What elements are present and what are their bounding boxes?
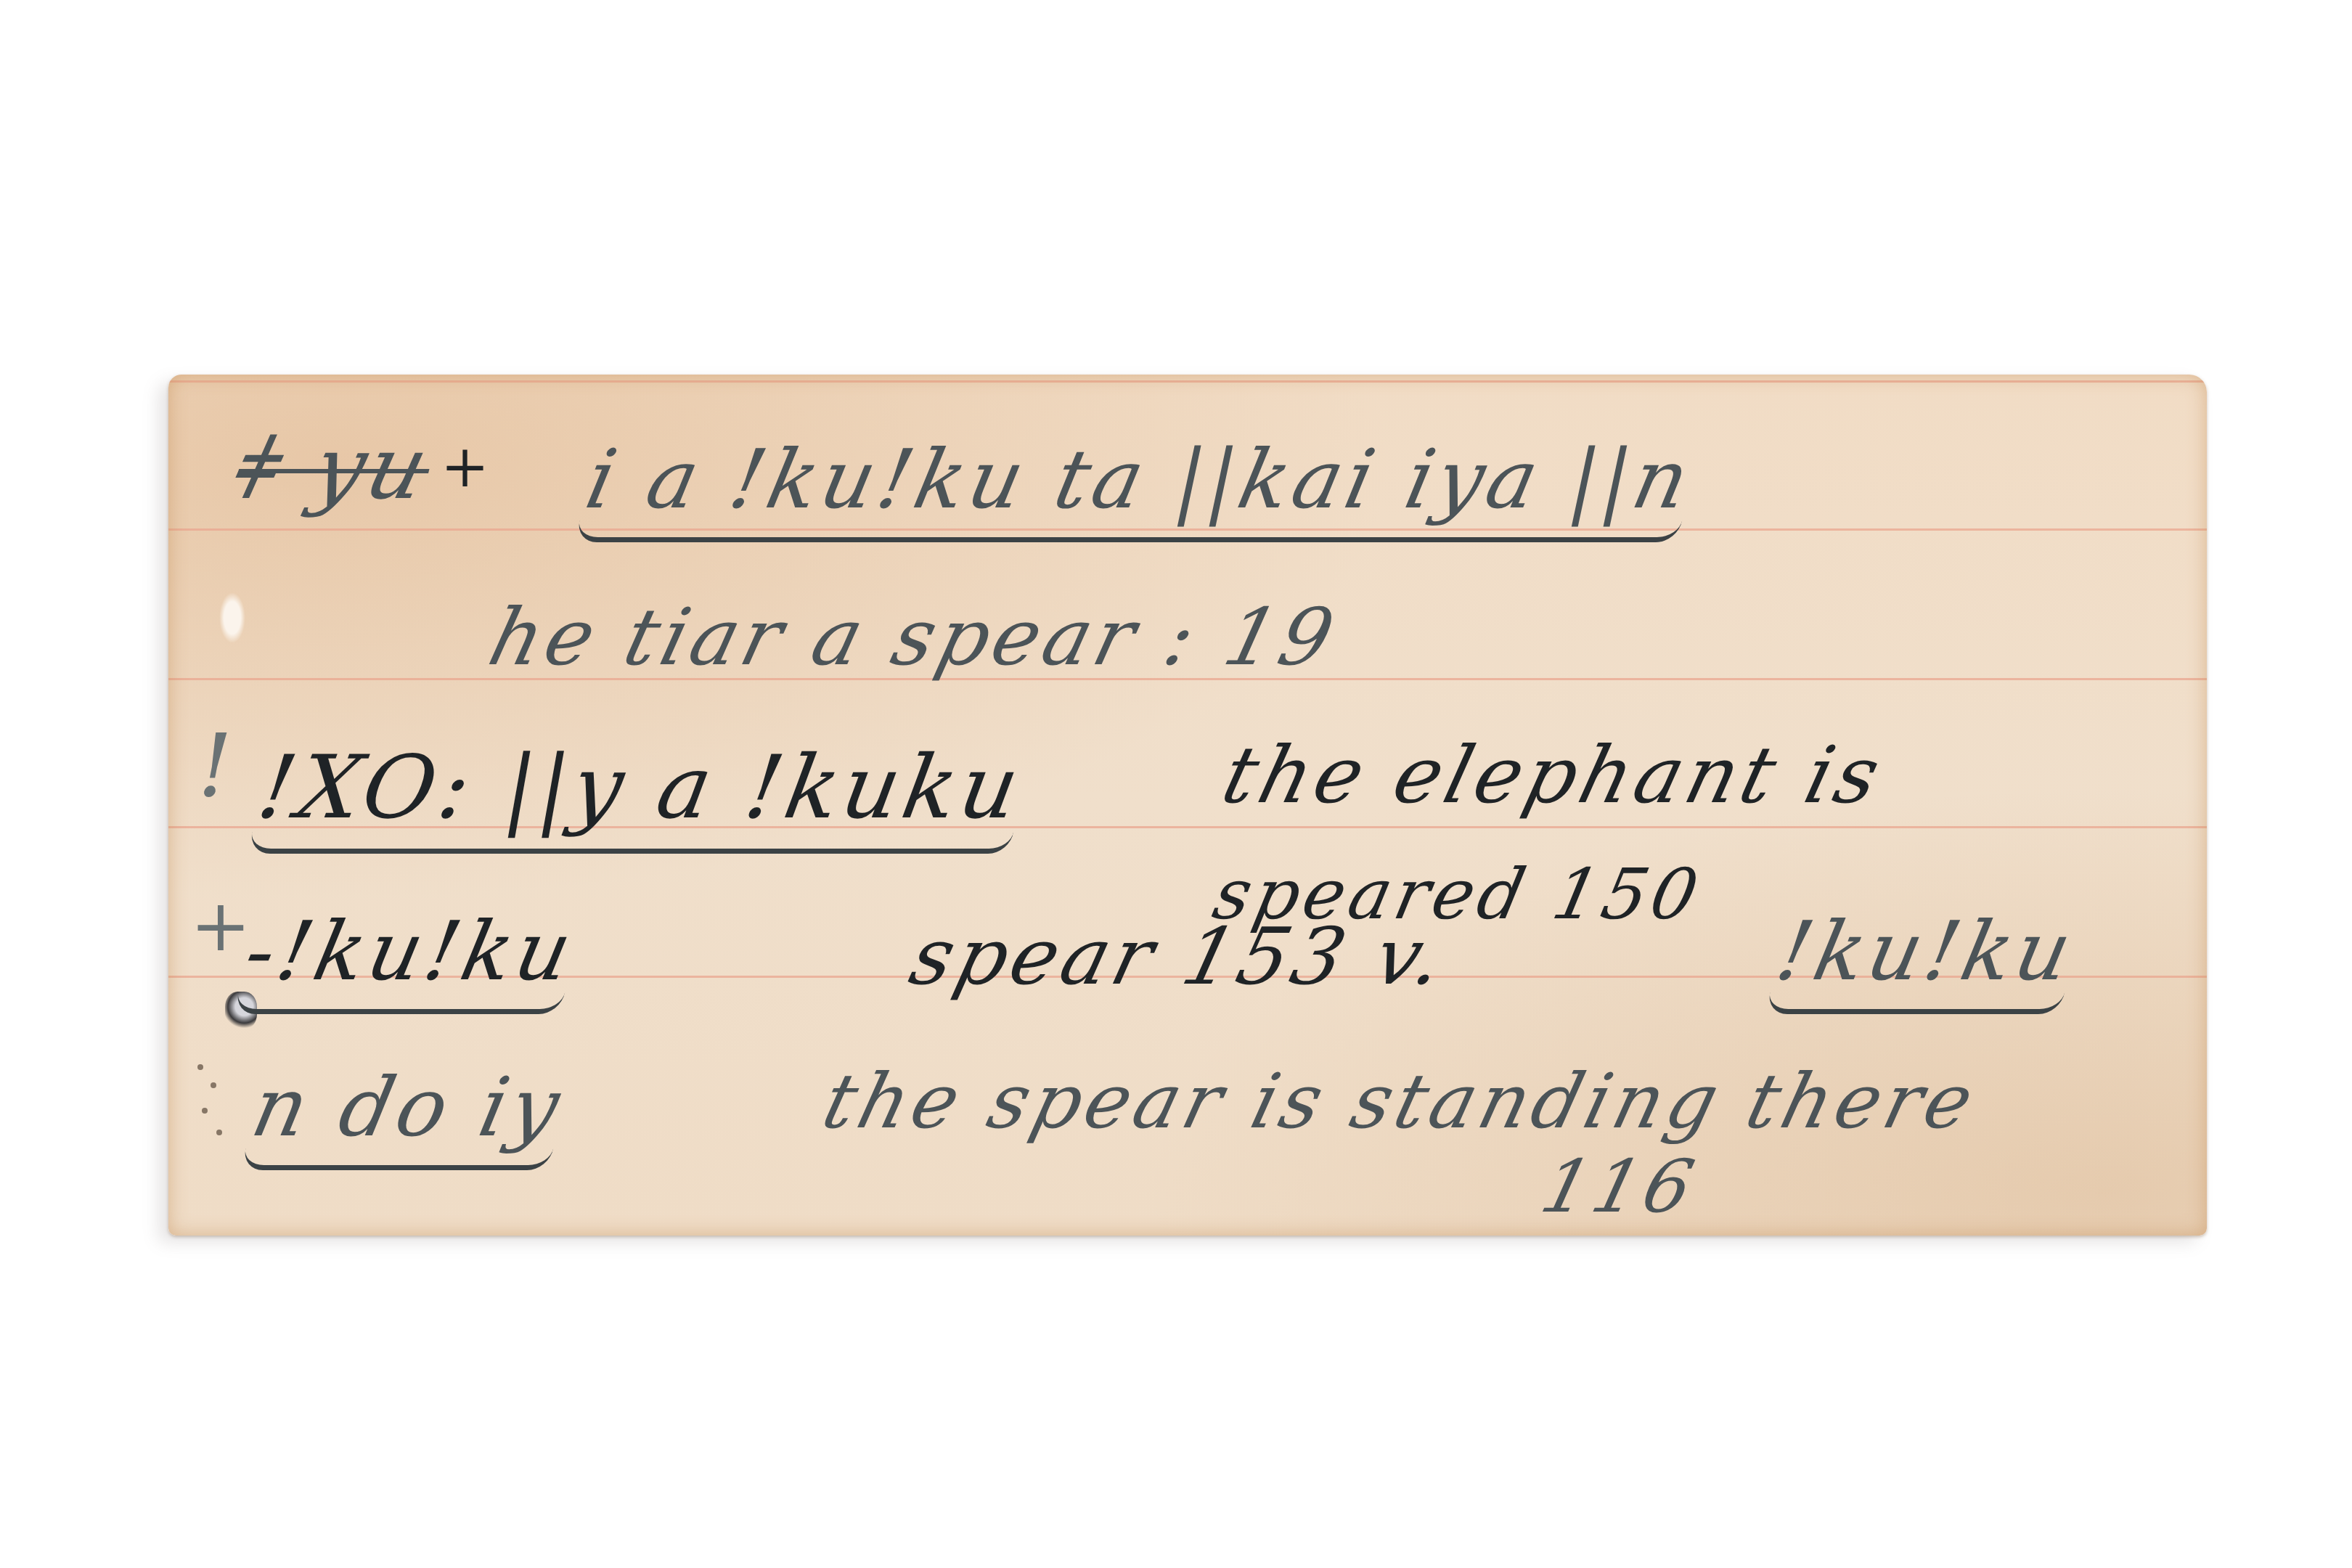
kxoe-phrase-line1: i a !ku!ku ta ||kai iya ||n (575, 433, 1702, 542)
kxoe-phrase-line5: n do iy (241, 1061, 572, 1170)
english-gloss-line3: the elephant is (1214, 730, 1892, 821)
margin-mark-line3: ! (197, 716, 237, 817)
index-card: ǂ yu + i a !ku!ku ta ||kai iya ||n he ti… (168, 375, 2207, 1236)
struck-word: ǂ yu (226, 418, 442, 519)
page-reference-number: 116 (1533, 1144, 1706, 1229)
ink-speck (211, 1082, 216, 1088)
crossref-word: !ku!ku (1765, 905, 2083, 1014)
insertion-mark: + (441, 433, 494, 500)
english-gloss-line5: the spear is standing there (814, 1057, 1986, 1146)
kxoe-word-line4: -!ku!ku (234, 905, 584, 1014)
english-gloss-line4: spear 153 v. (902, 912, 1457, 1003)
paper-tear (219, 592, 245, 643)
kxoe-phrase-line3: !XO: ||y a !kuku (248, 738, 1030, 854)
english-gloss-line2: he tiar a spear : 19 (481, 592, 1347, 683)
rule-line (168, 380, 2207, 383)
ink-speck (202, 1108, 208, 1114)
ink-speck (216, 1130, 222, 1135)
ink-speck (197, 1064, 203, 1070)
